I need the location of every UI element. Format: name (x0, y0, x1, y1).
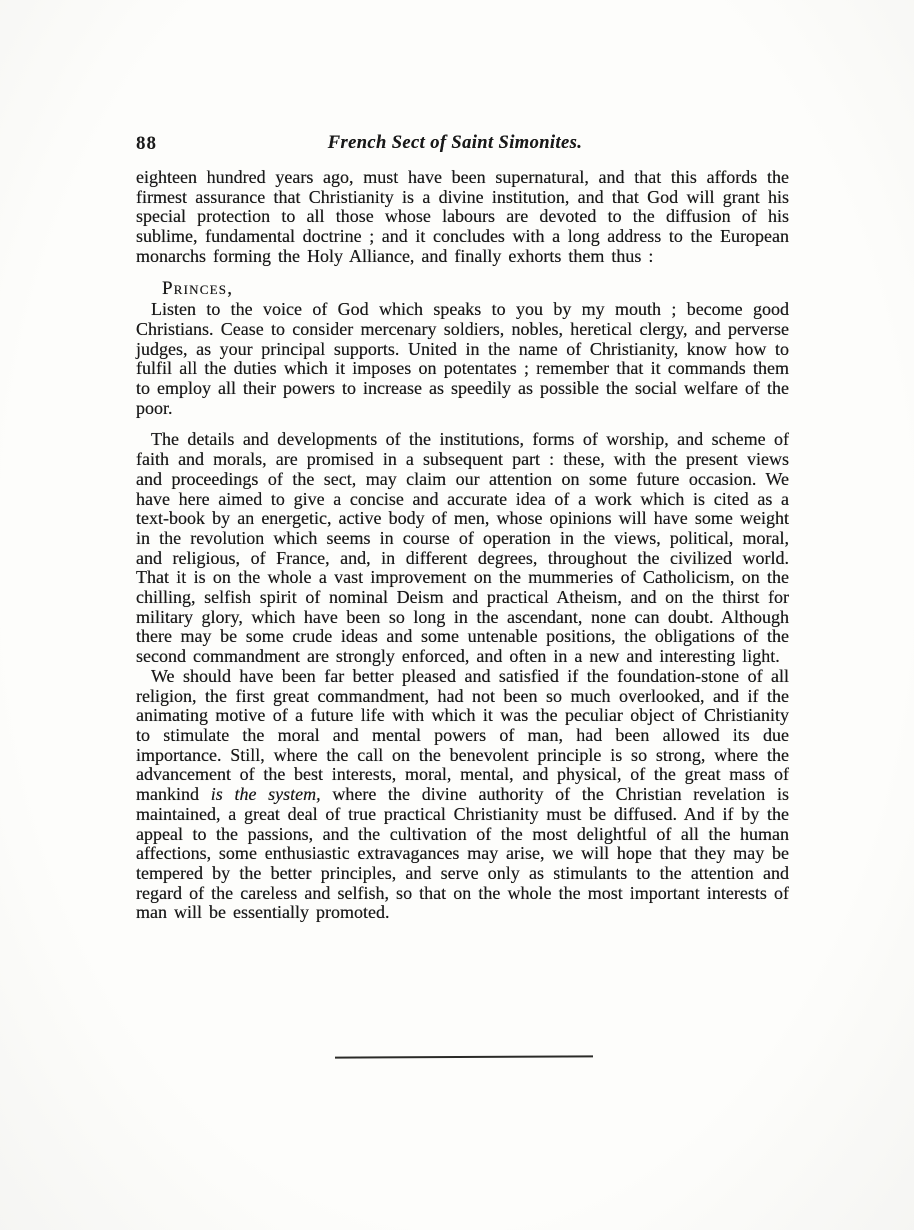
scanned-book-page: 88 French Sect of Saint Simonites. eight… (0, 0, 914, 1230)
running-title: French Sect of Saint Simonites. (136, 133, 774, 154)
section-divider-rule (335, 1055, 593, 1058)
closing-paragraph-post: where the divine authority of the Christ… (136, 784, 789, 922)
closing-paragraph-italic-phrase: is the system, (211, 784, 321, 804)
body-text-column: eighteen hundred years ago, must have be… (136, 168, 789, 923)
opening-paragraph: eighteen hundred years ago, must have be… (136, 168, 789, 267)
running-header: 88 French Sect of Saint Simonites. (136, 133, 788, 157)
address-paragraph: Listen to the voice of God which speaks … (136, 300, 789, 418)
review-paragraph: The details and developments of the inst… (136, 430, 789, 666)
closing-paragraph: We should have been far better pleased a… (136, 667, 789, 923)
address-heading-princes: Princes, (136, 279, 789, 299)
